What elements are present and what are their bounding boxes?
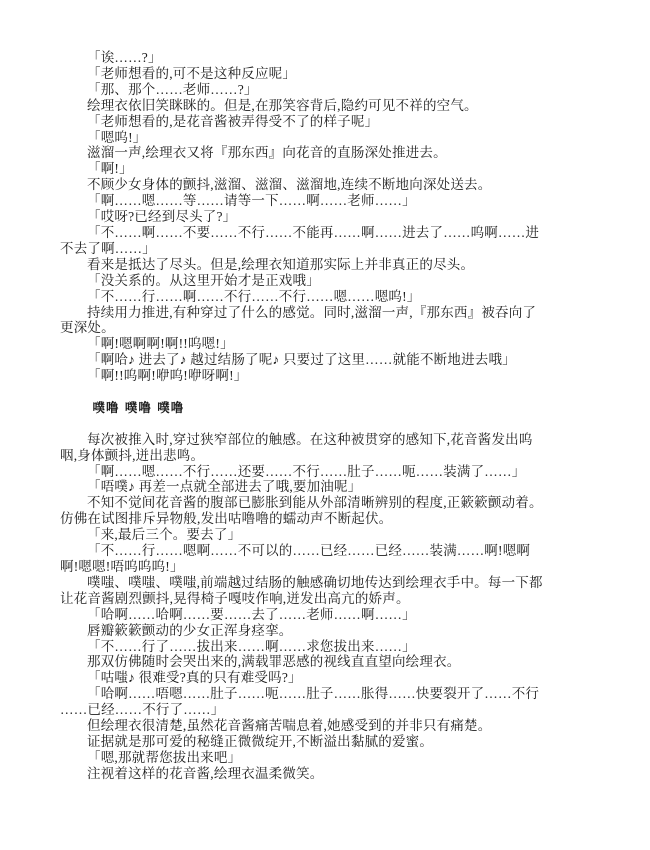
narration-line: 那双仿佛随时会哭出来的,满载罪恶感的视线直直望向绘理衣。	[60, 654, 592, 670]
continuation-line: 让花音酱剧烈颤抖,晃得椅子嘎吱作响,迸发出高亢的娇声。	[60, 591, 592, 607]
dialogue-line: 「啊……嗯……不行……还要……不行……肚子……呃……装满了……」	[60, 464, 592, 480]
narration-line: 不知不觉间花音酱的腹部已膨胀到能从外部清晰辨别的程度,正簌簌颤动着。	[60, 495, 592, 511]
dialogue-line: 「哎呀?已经到尽头了?」	[60, 209, 592, 225]
continuation-line: 啊!嗯嗯!唔呜呜呜!」	[60, 559, 592, 575]
continuation-line: 更深处。	[60, 320, 592, 336]
narration-line: 滋溜一声,绘理衣又将『那东西』向花音的直肠深处推进去。	[60, 145, 592, 161]
dialogue-line: 「啊哈♪ 进去了♪ 越过结肠了呢♪ 只要过了这里……就能不断地进去哦」	[60, 352, 592, 368]
continuation-line: 仿佛在试图排斥异物般,发出咕噜噜的蠕动声不断起伏。	[60, 511, 592, 527]
dialogue-line: 「咕嗤♪ 很难受?真的只有难受吗?」	[60, 670, 592, 686]
narration-line: 每次被推入时,穿过狭窄部位的触感。在这种被贯穿的感知下,花音酱发出呜	[60, 432, 592, 448]
blank-spacer	[60, 384, 592, 400]
dialogue-line: 「来,最后三个。要去了」	[60, 527, 592, 543]
continuation-line: 不去了啊……」	[60, 241, 592, 257]
dialogue-line: 「老师想看的,可不是这种反应呢」	[60, 66, 592, 82]
dialogue-line: 「唔噗♪ 再差一点就全部进去了哦,要加油呢」	[60, 479, 592, 495]
narration-line: 不顾少女身体的颤抖,滋溜、滋溜、滋溜地,连续不断地向深处送去。	[60, 177, 592, 193]
narration-line: 看来是抵达了尽头。但是,绘理衣知道那实际上并非真正的尽头。	[60, 257, 592, 273]
dialogue-line: 「哈啊……哈啊……要……去了……老师……啊……」	[60, 607, 592, 623]
dialogue-line: 「诶……?」	[60, 50, 592, 66]
dialogue-line: 「没关系的。从这里开始才是正戏哦」	[60, 273, 592, 289]
dialogue-line: 「啊!嗯啊啊!啊!!呜嗯!」	[60, 336, 592, 352]
dialogue-line: 「老师想看的,是花音酱被弄得受不了的样子呢」	[60, 114, 592, 130]
continuation-line: ……已经……不行了……」	[60, 702, 592, 718]
text-block: 「诶……?」「老师想看的,可不是这种反应呢」「那、那个……老师……?」绘理衣依旧…	[60, 50, 592, 782]
dialogue-line: 「嗯呜!」	[60, 130, 592, 146]
dialogue-line: 「啊……嗯……等……请等一下……啊……老师……」	[60, 193, 592, 209]
blank-spacer	[60, 416, 592, 432]
narration-line: 注视着这样的花音酱,绘理衣温柔微笑。	[60, 766, 592, 782]
dialogue-line: 「不……行……嗯啊……不可以的……已经……已经……装满……啊!嗯啊	[60, 543, 592, 559]
dialogue-line: 「不……啊……不要……不行……不能再……啊……进去了……呜啊……进	[60, 225, 592, 241]
dialogue-line: 「那、那个……老师……?」	[60, 82, 592, 98]
dialogue-line: 「啊!」	[60, 161, 592, 177]
dialogue-line: 「啊!!呜啊!咿呜!咿呀啊!」	[60, 368, 592, 384]
dialogue-line: 「不……行……啊……不行……不行……嗯……嗯呜!」	[60, 289, 592, 305]
dialogue-line: 「哈啊……唔嗯……肚子……呃……肚子……胀得……快要裂开了……不行	[60, 686, 592, 702]
narration-line: 唇瓣簌簌颤动的少女正浑身痉挛。	[60, 623, 592, 639]
sfx-line: 噗噜 噗噜 噗噜	[60, 400, 592, 416]
narration-line: 证据就是那可爱的秘缝正微微绽开,不断溢出黏腻的爱蜜。	[60, 734, 592, 750]
dialogue-line: 「嗯,那就帮您拔出来吧」	[60, 750, 592, 766]
narration-line: 绘理衣依旧笑眯眯的。但是,在那笑容背后,隐约可见不祥的空气。	[60, 98, 592, 114]
narration-line: 持续用力推进,有种穿过了什么的感觉。同时,滋溜一声,『那东西』被吞向了	[60, 305, 592, 321]
document-page: 「诶……?」「老师想看的,可不是这种反应呢」「那、那个……老师……?」绘理衣依旧…	[0, 0, 650, 850]
dialogue-line: 「不……行了……拔出来……啊……求您拔出来……」	[60, 639, 592, 655]
narration-line: 噗嗤、噗嗤、噗嗤,前端越过结肠的触感确切地传达到绘理衣手中。每一下都	[60, 575, 592, 591]
narration-line: 但绘理衣很清楚,虽然花音酱痛苦喘息着,她感受到的并非只有痛楚。	[60, 718, 592, 734]
continuation-line: 咽,身体颤抖,迸出悲鸣。	[60, 448, 592, 464]
